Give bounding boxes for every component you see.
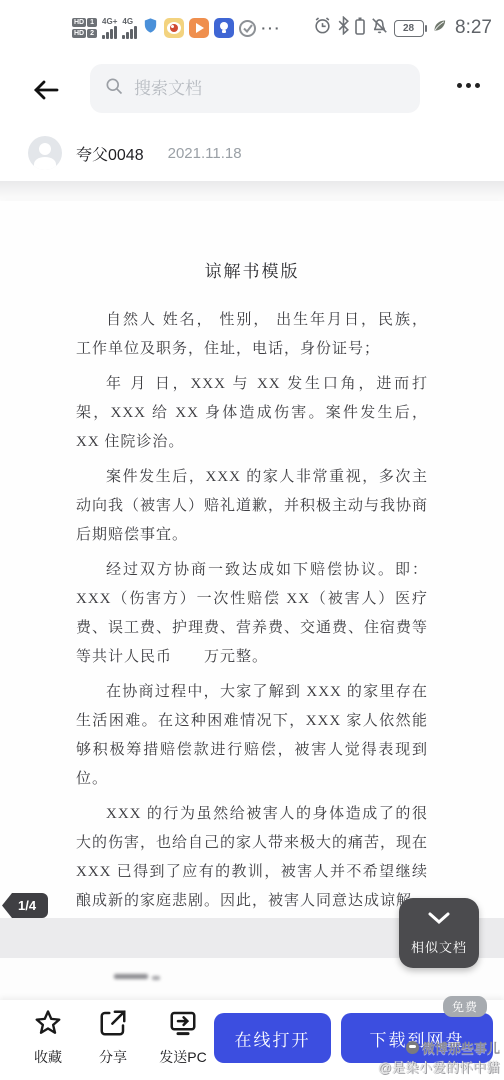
document-paragraph: 年 月 日，XXX 与 XX 发生口角，进而打架，XXX 给 XX 身体造成伤害… bbox=[76, 370, 428, 457]
document-paragraph: 案件发生后，XXX 的家人非常重视，多次主动向我（被害人）赔礼道歉，并积极主动与… bbox=[76, 463, 428, 550]
divider-band bbox=[0, 181, 504, 201]
back-button[interactable] bbox=[26, 70, 66, 110]
eco-leaf-icon bbox=[432, 18, 447, 38]
document-paragraph: 经过双方协商一致达成如下赔偿协议。即：XXX（伤害方）一次性赔偿 XX（被害人）… bbox=[76, 556, 428, 672]
status-left-cluster: HD1 HD2 4G+ 4G ··· bbox=[72, 16, 281, 40]
send-pc-icon bbox=[168, 1008, 198, 1043]
page-indicator-label: 1/4 bbox=[18, 898, 36, 913]
nav-bar bbox=[0, 56, 504, 125]
send-pc-label: 发送PC bbox=[159, 1047, 206, 1067]
open-online-label: 在线打开 bbox=[235, 1026, 311, 1051]
clock-time: 8:27 bbox=[455, 17, 492, 39]
share-label: 分享 bbox=[99, 1047, 127, 1067]
battery-icon: 28 bbox=[394, 20, 428, 37]
uploader-name: 夸父0048 bbox=[76, 142, 144, 165]
status-right-cluster: 28 8:27 bbox=[313, 16, 492, 40]
bell-muted-icon bbox=[370, 16, 389, 40]
uploader-row[interactable]: 夸父0048 2021.11.18 bbox=[0, 125, 504, 181]
document-paragraph: 在协商过程中，大家了解到 XXX 的家里存在生活困难。在这种困难情况下，XXX … bbox=[76, 678, 428, 794]
favorite-label: 收藏 bbox=[34, 1047, 62, 1067]
alarm-icon bbox=[313, 16, 332, 40]
status-bar: HD1 HD2 4G+ 4G ··· bbox=[0, 0, 504, 56]
battery-percent: 28 bbox=[394, 20, 424, 37]
search-bar[interactable] bbox=[90, 64, 420, 113]
screen: HD1 HD2 4G+ 4G ··· bbox=[0, 0, 504, 1080]
search-icon bbox=[104, 76, 124, 101]
weibo-eye-icon bbox=[164, 18, 184, 38]
document-page-1[interactable]: 谅解书模版 自然人 姓名， 性别， 出生年月日，民族， 工作单位及职务，住址，电… bbox=[0, 201, 504, 918]
upload-date: 2021.11.18 bbox=[168, 145, 242, 162]
document-title: 谅解书模版 bbox=[76, 257, 428, 282]
download-to-cloud-button[interactable]: 下载到网盘 bbox=[341, 1013, 493, 1063]
similar-docs-button[interactable]: 相似文档 bbox=[399, 898, 479, 968]
signal-4g-plus-icon: 4G+ bbox=[102, 18, 117, 39]
document-paragraph: XXX 的行为虽然给被害人的身体造成了的很大的伤害，也给自己的家人带来极大的痛苦… bbox=[76, 800, 428, 918]
similar-docs-label: 相似文档 bbox=[411, 937, 467, 956]
check-icon bbox=[239, 20, 256, 37]
chevron-down-icon bbox=[426, 911, 452, 930]
download-label: 下载到网盘 bbox=[370, 1026, 465, 1051]
hd-indicators: HD1 HD2 bbox=[72, 18, 97, 38]
bulb-icon bbox=[214, 18, 234, 38]
truncated-text-fragment bbox=[114, 974, 148, 979]
share-icon bbox=[98, 1008, 128, 1043]
favorite-button[interactable]: 收藏 bbox=[13, 1008, 83, 1067]
more-menu-button[interactable] bbox=[450, 74, 486, 96]
truncated-text-fragment bbox=[152, 976, 160, 980]
star-icon bbox=[33, 1008, 63, 1043]
shield-icon bbox=[142, 16, 159, 40]
free-badge: 免费 bbox=[443, 996, 487, 1017]
search-input[interactable] bbox=[134, 79, 374, 99]
more-status-icon: ··· bbox=[261, 20, 281, 36]
hd-sim2-icon: HD2 bbox=[72, 29, 97, 38]
play-icon bbox=[189, 18, 209, 38]
share-button[interactable]: 分享 bbox=[78, 1008, 148, 1067]
bottom-action-bar: 收藏 分享 发送PC 在线打开 下载到网盘 免费 bbox=[0, 1000, 504, 1080]
open-online-button[interactable]: 在线打开 bbox=[214, 1013, 331, 1063]
document-paragraph: 自然人 姓名， 性别， 出生年月日，民族， 工作单位及职务，住址，电话，身份证号… bbox=[76, 306, 428, 364]
accessory-battery-icon bbox=[355, 17, 365, 40]
avatar bbox=[28, 136, 62, 170]
hd-sim1-icon: HD1 bbox=[72, 18, 97, 27]
signal-4g-icon: 4G bbox=[122, 18, 137, 39]
send-to-pc-button[interactable]: 发送PC bbox=[148, 1008, 218, 1067]
bluetooth-icon bbox=[337, 16, 350, 40]
